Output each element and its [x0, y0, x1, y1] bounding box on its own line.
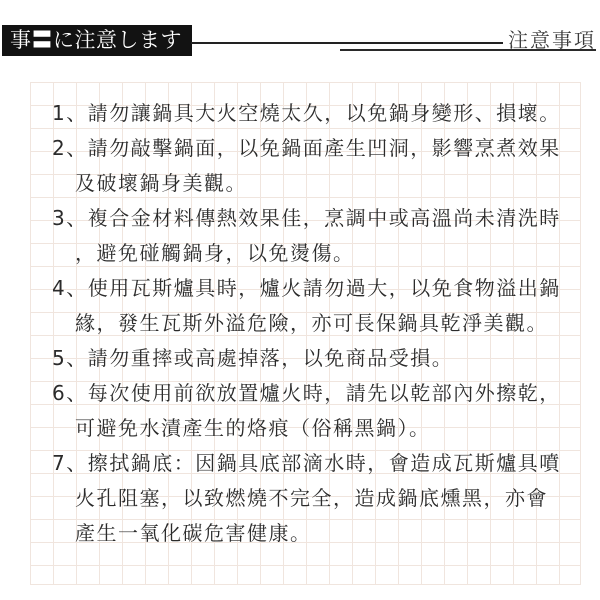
note-line: 1、請勿讓鍋具大火空燒太久，以免鍋身變形、損壞。 [30, 96, 580, 131]
notice-page: 事〓に注意します 注意事項 1、請勿讓鍋具大火空燒太久，以免鍋身變形、損壞。 2… [0, 0, 600, 600]
note-line: 3、複合金材料傳熱效果佳，烹調中或高溫尚未清洗時 [30, 201, 580, 236]
note-line: 6、每次使用前欲放置爐火時，請先以乾部內外擦乾， [30, 376, 580, 411]
note-line: 可避免水漬產生的烙痕（俗稱黑鍋）。 [30, 411, 580, 446]
note-line: ，避免碰觸鍋身，以免燙傷。 [30, 236, 580, 271]
note-line: 7、擦拭鍋底：因鍋具底部滴水時，會造成瓦斯爐具噴 [30, 446, 580, 481]
note-line: 5、請勿重摔或高處掉落，以免商品受損。 [30, 341, 580, 376]
note-line: 4、使用瓦斯爐具時，爐火請勿過大，以免食物溢出鍋 [30, 271, 580, 306]
note-line: 火孔阻塞，以致燃燒不完全，造成鍋底燻黑，亦會 [30, 481, 580, 516]
header-rule-top [191, 42, 503, 44]
note-line: 2、請勿敲擊鍋面，以免鍋面產生凹洞，影響烹煮效果 [30, 131, 580, 166]
notice-list: 1、請勿讓鍋具大火空燒太久，以免鍋身變形、損壞。 2、請勿敲擊鍋面，以免鍋面產生… [30, 96, 580, 551]
header-badge: 事〓に注意します [2, 25, 192, 56]
header-badge-label: 事〓に注意します [10, 28, 182, 52]
header-rule-bottom [340, 49, 596, 51]
grid-paper: 1、請勿讓鍋具大火空燒太久，以免鍋身變形、損壞。 2、請勿敲擊鍋面，以免鍋面產生… [30, 82, 581, 585]
note-line: 產生一氧化碳危害健康。 [30, 516, 580, 551]
note-line: 緣，發生瓦斯外溢危險，亦可長保鍋具乾淨美觀。 [30, 306, 580, 341]
note-line: 及破壞鍋身美觀。 [30, 166, 580, 201]
